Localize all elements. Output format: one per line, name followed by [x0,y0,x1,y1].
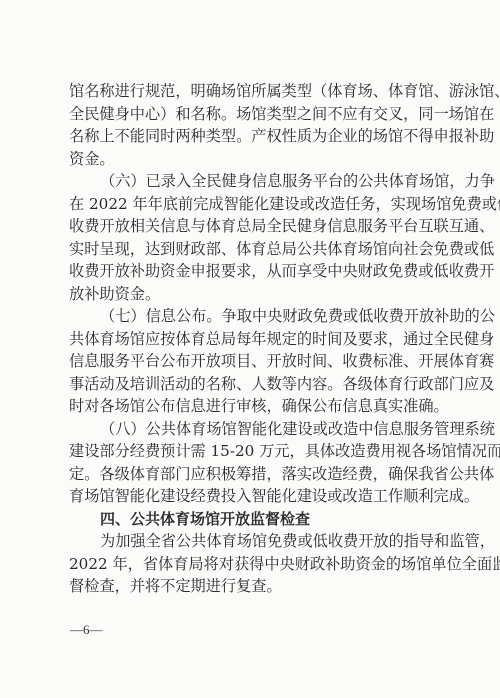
text-line: 时对各场馆公布信息进行审核，确保公布信息真实准确。 [69,395,435,418]
text-line: 定。各级体育部门应积极筹措，落实改造经费，确保我省公共体 [69,463,435,486]
text-line: 共体育场馆应按体育总局每年规定的时间及要求，通过全民健身 [69,328,435,351]
paragraph-supervision: 为加强全省公共体育场馆免费或低收费开放的指导和监管， 2022 年，省体育局将对… [69,530,435,598]
text-line: 督检查，并将不定期进行复查。 [69,575,435,598]
text-line: 馆名称进行规范，明确场馆所属类型（体育场、体育馆、游泳馆、 [69,80,435,103]
text-line: 事活动及培训活动的名称、人数等内容。各级体育行政部门应及 [69,373,435,396]
page-number: —6— [70,622,103,638]
text-line: 收费开放补助资金申报要求，从而享受中央财政免费或低收费开 [69,260,435,283]
section-heading: 四、公共体育场馆开放监督检查 [69,508,435,531]
text-line: 在 2022 年年底前完成智能化建设或改造任务，实现场馆免费或低 [69,193,435,216]
paragraph-item-6: （六）已录入全民健身信息服务平台的公共体育场馆，力争 在 2022 年年底前完成… [69,170,435,305]
text-line: 名称上不能同时两种类型。产权性质为企业的场馆不得申报补助 [69,125,435,148]
document-page: 馆名称进行规范，明确场馆所属类型（体育场、体育馆、游泳馆、 全民健身中心）和名称… [69,80,435,598]
text-line: 2022 年，省体育局将对获得中央财政补助资金的场馆单位全面监 [69,553,435,576]
paragraph-venue-naming: 馆名称进行规范，明确场馆所属类型（体育场、体育馆、游泳馆、 全民健身中心）和名称… [69,80,435,170]
text-line: 信息服务平台公布开放项目、开放时间、收费标准、开展体育赛 [69,350,435,373]
text-line: 为加强全省公共体育场馆免费或低收费开放的指导和监管， [69,530,435,553]
paragraph-item-8: （八）公共体育场馆智能化建设或改造中信息服务管理系统 建设部分经费预计需 15-… [69,418,435,508]
text-line: 资金。 [69,148,435,171]
text-line: 建设部分经费预计需 15-20 万元，具体改造费用视各场馆情况而 [69,440,435,463]
text-line: 育场馆智能化建设经费投入智能化建设或改造工作顺利完成。 [69,485,435,508]
text-line: 全民健身中心）和名称。场馆类型之间不应有交叉，同一场馆在 [69,103,435,126]
text-line: （七）信息公布。争取中央财政免费或低收费开放补助的公 [69,305,435,328]
text-line: 放补助资金。 [69,283,435,306]
text-line: 实时呈现，达到财政部、体育总局公共体育场馆向社会免费或低 [69,238,435,261]
text-line: （八）公共体育场馆智能化建设或改造中信息服务管理系统 [69,418,435,441]
paragraph-item-7: （七）信息公布。争取中央财政免费或低收费开放补助的公 共体育场馆应按体育总局每年… [69,305,435,418]
text-line: （六）已录入全民健身信息服务平台的公共体育场馆，力争 [69,170,435,193]
text-line: 收费开放相关信息与体育总局全民健身信息服务平台互联互通、 [69,215,435,238]
